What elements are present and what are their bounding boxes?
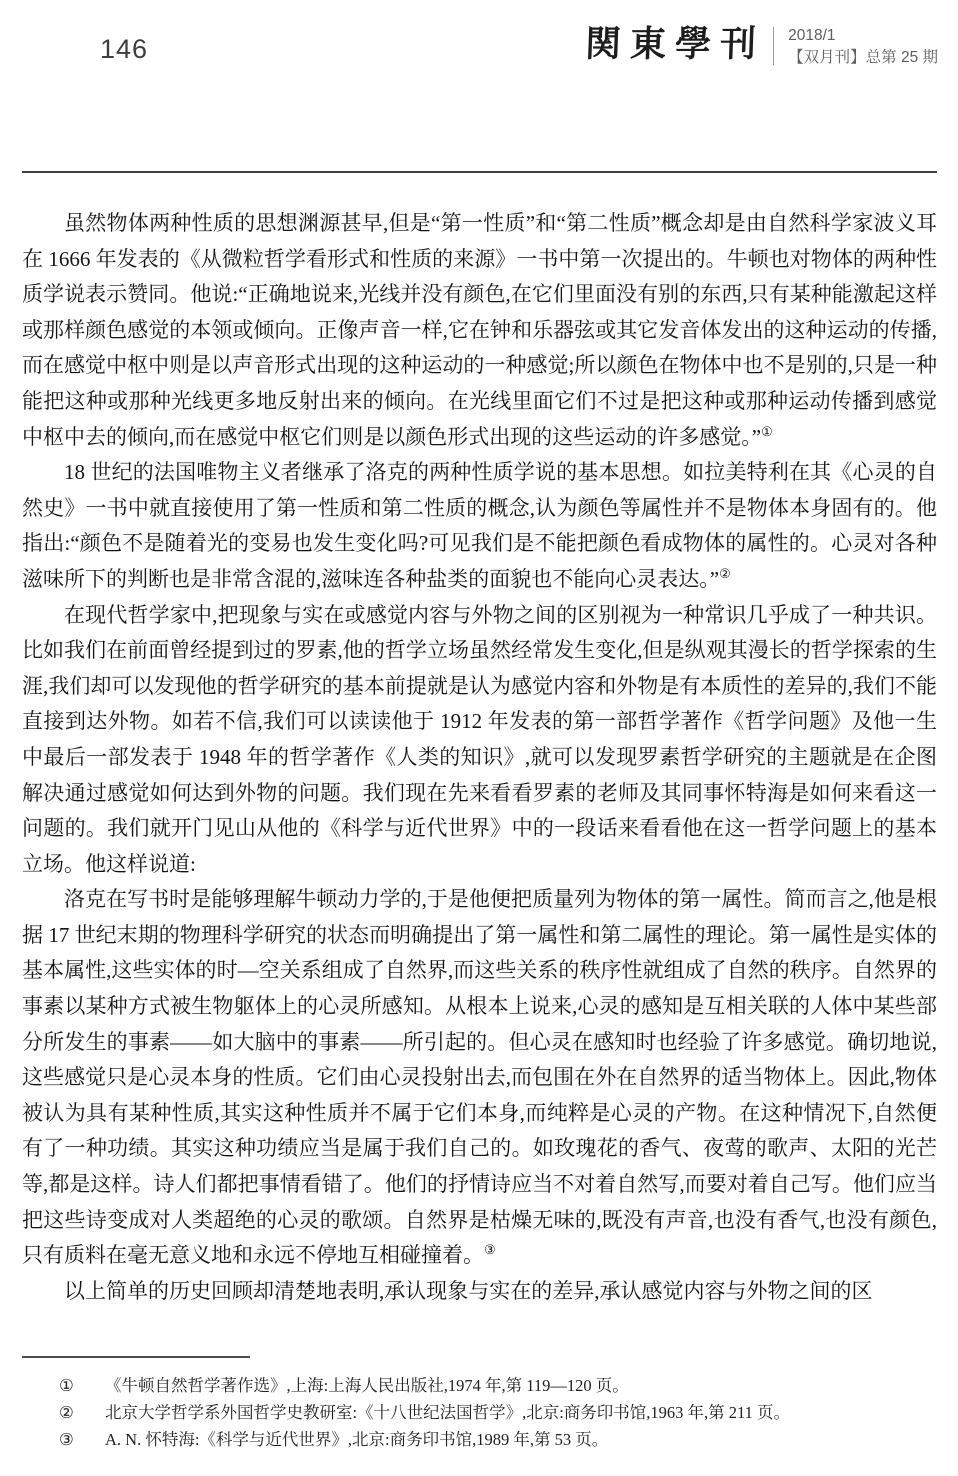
footnote-ref-3: ③ <box>484 1242 496 1257</box>
paragraph: 以上简单的历史回顾却清楚地表明,承认现象与实在的差异,承认感觉内容与外物之间的区 <box>22 1274 937 1310</box>
paragraph-text: 虽然物体两种性质的思想渊源甚早,但是“第一性质”和“第二性质”概念却是由自然科学… <box>22 211 937 449</box>
page-number: 146 <box>100 34 148 65</box>
paragraph: 洛克在写书时是能够理解牛顿动力学的,于是他便把质量列为物体的第一属性。简而言之,… <box>22 882 937 1274</box>
paragraph-text: 以上简单的历史回顾却清楚地表明,承认现象与实在的差异,承认感觉内容与外物之间的区 <box>64 1279 873 1303</box>
footnote-item: ② 北京大学哲学系外国哲学史教研室:《十八世纪法国哲学》,北京:商务印书馆,19… <box>22 1399 937 1426</box>
footnote-marker: ① <box>59 1372 105 1399</box>
footnote-item: ① 《牛顿自然哲学著作选》,上海:上海人民出版社,1974 年,第 119—12… <box>22 1372 937 1399</box>
issue-number: 2018/1 <box>788 25 938 47</box>
paragraph: 虽然物体两种性质的思想渊源甚早,但是“第一性质”和“第二性质”概念却是由自然科学… <box>22 206 937 455</box>
paragraph-text: 18 世纪的法国唯物主义者继承了洛克的两种性质学说的基本思想。如拉美特利在其《心… <box>22 460 937 591</box>
footnote-marker: ③ <box>59 1426 105 1453</box>
issue-info: 2018/1 【双月刊】总第 25 期 <box>788 22 938 69</box>
footnote-ref-2: ② <box>719 566 731 581</box>
paragraph: 在现代哲学家中,把现象与实在或感觉内容与外物之间的区别视为一种常识几乎成了一种共… <box>22 598 937 883</box>
journal-page: 146 関東學刊 2018/1 【双月刊】总第 25 期 虽然物体两种性质的思想… <box>0 0 958 1476</box>
footnote-ref-1: ① <box>761 424 773 439</box>
journal-masthead: 関東學刊 2018/1 【双月刊】总第 25 期 <box>585 22 938 69</box>
footnote-text: A. N. 怀特海:《科学与近代世界》,北京:商务印书馆,1989 年,第 53… <box>105 1426 937 1453</box>
footnote-text: 北京大学哲学系外国哲学史教研室:《十八世纪法国哲学》,北京:商务印书馆,1963… <box>105 1399 937 1426</box>
paragraph: 18 世纪的法国唯物主义者继承了洛克的两种性质学说的基本思想。如拉美特利在其《心… <box>22 455 937 597</box>
footnote-marker: ② <box>59 1399 105 1426</box>
article-body: 虽然物体两种性质的思想渊源甚早,但是“第一性质”和“第二性质”概念却是由自然科学… <box>22 206 937 1348</box>
paragraph-text: 洛克在写书时是能够理解牛顿动力学的,于是他便把质量列为物体的第一属性。简而言之,… <box>22 887 937 1267</box>
footnotes-section: ① 《牛顿自然哲学著作选》,上海:上海人民出版社,1974 年,第 119—12… <box>22 1356 937 1453</box>
footnote-separator <box>22 1356 250 1358</box>
paragraph-text: 在现代哲学家中,把现象与实在或感觉内容与外物之间的区别视为一种常识几乎成了一种共… <box>22 603 937 876</box>
footnote-text: 《牛顿自然哲学著作选》,上海:上海人民出版社,1974 年,第 119—120 … <box>105 1372 937 1399</box>
header-rule <box>22 171 937 173</box>
journal-title: 関東學刊 <box>584 22 766 66</box>
masthead-divider <box>773 27 774 65</box>
footnote-item: ③ A. N. 怀特海:《科学与近代世界》,北京:商务印书馆,1989 年,第 … <box>22 1426 937 1453</box>
issue-volume: 【双月刊】总第 25 期 <box>788 47 938 69</box>
